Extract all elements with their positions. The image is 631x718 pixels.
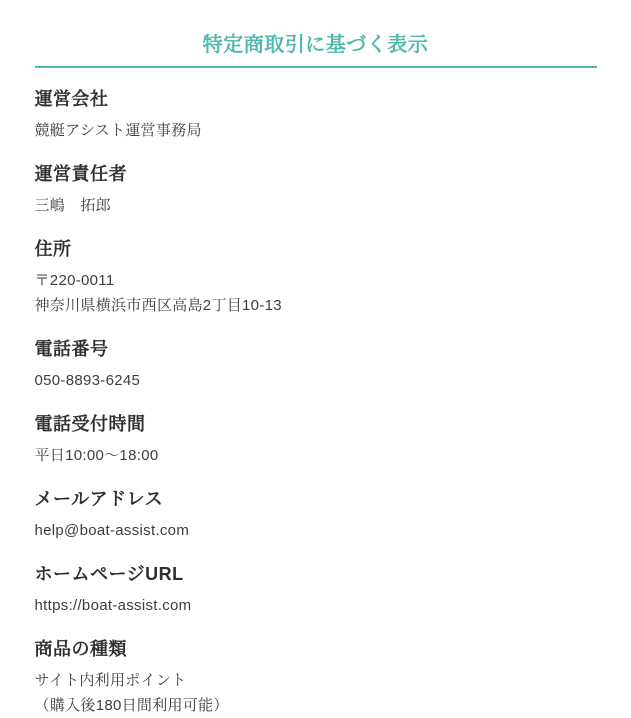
email-address-text: help@boat-assist.com [35,518,597,543]
section-address: 住所 〒220-0011 神奈川県横浜市西区高島2丁目10-13 [35,238,597,318]
section-phone-hours: 電話受付時間 平日10:00〜18:00 [35,413,597,468]
phone-hours-text: 平日10:00〜18:00 [35,443,597,468]
section-homepage-url: ホームページURL https://boat-assist.com [35,563,597,618]
product-validity-text: （購入後180日間利用可能） [35,693,597,718]
section-heading: ホームページURL [35,563,597,585]
section-heading: 運営責任者 [35,163,597,185]
postal-code-text: 〒220-0011 [35,268,597,293]
company-name-text: 競艇アシスト運営事務局 [35,118,597,143]
section-heading: 商品の種類 [35,638,597,660]
homepage-url-text: https://boat-assist.com [35,593,597,618]
section-heading: 電話受付時間 [35,413,597,435]
section-email: メールアドレス help@boat-assist.com [35,488,597,543]
section-product-type: 商品の種類 サイト内利用ポイント （購入後180日間利用可能） [35,638,597,718]
phone-number-text: 050-8893-6245 [35,368,597,393]
section-company: 運営会社 競艇アシスト運営事務局 [35,88,597,143]
section-heading: メールアドレス [35,488,597,510]
section-heading: 運営会社 [35,88,597,110]
page-title: 特定商取引に基づく表示 [35,33,597,68]
section-manager: 運営責任者 三嶋 拓郎 [35,163,597,218]
section-phone: 電話番号 050-8893-6245 [35,338,597,393]
section-heading: 住所 [35,238,597,260]
content-container: 特定商取引に基づく表示 運営会社 競艇アシスト運営事務局 運営責任者 三嶋 拓郎… [35,0,597,718]
page-header: 特定商取引に基づく表示 [35,0,597,68]
product-type-text: サイト内利用ポイント [35,668,597,693]
address-text: 神奈川県横浜市西区高島2丁目10-13 [35,293,597,318]
manager-name-text: 三嶋 拓郎 [35,193,597,218]
section-heading: 電話番号 [35,338,597,360]
